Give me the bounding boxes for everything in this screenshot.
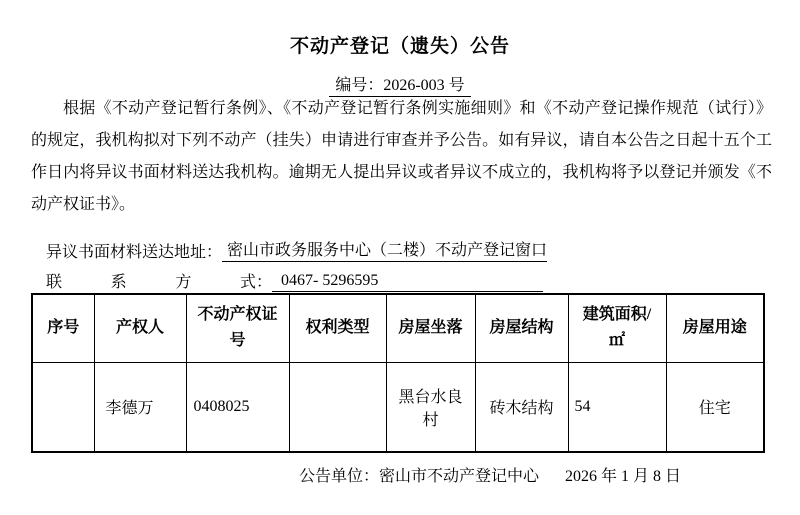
announcement-table: 序号 产权人 不动产权证号 权利类型 房屋坐落 房屋结构 建筑面积/㎡ 房屋用途… [31, 293, 765, 453]
doc-number-line: 编号：2026-003 号 [0, 72, 800, 95]
footer-line: 公告单位：密山市不动产登记中心2026 年 1 月 8 日 [180, 463, 800, 486]
col-header-area: 建筑面积/㎡ [568, 294, 666, 362]
contact-value: 0467- 5296595 [272, 272, 543, 292]
col-header-structure: 房屋结构 [475, 294, 568, 362]
footer-date: 2026 年 1 月 8 日 [565, 468, 681, 485]
table-header-row: 序号 产权人 不动产权证号 权利类型 房屋坐落 房屋结构 建筑面积/㎡ 房屋用途 [32, 294, 764, 362]
col-header-serial: 序号 [32, 294, 94, 362]
contact-line: 联 系 方 式 ：0467- 5296595 [46, 269, 543, 292]
announcement-document: 不动产登记（遗失）公告 编号：2026-003 号 根据《不动产登记暂行条例》、… [0, 0, 800, 515]
contact-label: 联 系 方 式 [46, 269, 256, 292]
footer-issuer: 公告单位：密山市不动产登记中心 [299, 468, 539, 485]
contact-colon: ： [256, 274, 272, 291]
col-header-location: 房屋坐落 [386, 294, 475, 362]
col-header-owner: 产权人 [94, 294, 186, 362]
cell-usage: 住宅 [666, 362, 764, 452]
cell-right-type [289, 362, 386, 452]
col-header-right-type: 权利类型 [289, 294, 386, 362]
cell-cert-number: 0408025 [186, 362, 289, 452]
col-header-usage: 房屋用途 [666, 294, 764, 362]
body-paragraph: 根据《不动产登记暂行条例》、《不动产登记暂行条例实施细则》和《不动产登记操作规范… [31, 93, 772, 221]
table-row: 李德万 0408025 黑台水良村 砖木结构 54 住宅 [32, 362, 764, 452]
cell-location: 黑台水良村 [386, 362, 475, 452]
cell-serial [32, 362, 94, 452]
address-label: 异议书面材料送达地址： [46, 244, 222, 261]
cell-area: 54 [568, 362, 666, 452]
cell-structure: 砖木结构 [475, 362, 568, 452]
cell-owner: 李德万 [94, 362, 186, 452]
page-title: 不动产登记（遗失）公告 [0, 31, 800, 58]
address-value: 密山市政务服务中心（二楼）不动产登记窗口 [222, 237, 547, 262]
col-header-cert-number: 不动产权证号 [186, 294, 289, 362]
address-line: 异议书面材料送达地址：密山市政务服务中心（二楼）不动产登记窗口 [46, 237, 547, 262]
